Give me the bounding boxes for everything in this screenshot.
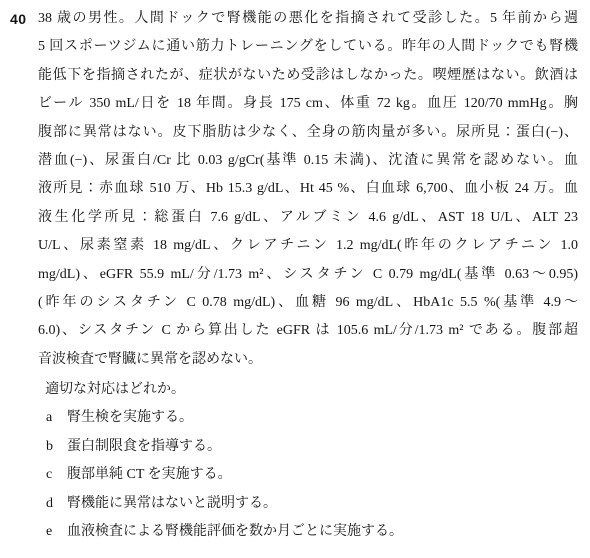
stem-line: 6.0)、シスタチン C から算出した eGFR は 105.6 mL/分/1.… xyxy=(38,317,578,345)
stem-line: 潜血(−)、尿蛋白/Cr 比 0.03 g/gCr(基準 0.15 未満)、沈渣… xyxy=(38,147,578,175)
question-number: 40 xyxy=(10,5,36,33)
option-e: e 血液検査による腎機能評価を数か月ごとに実施する。 xyxy=(38,518,578,546)
option-b: b 蛋白制限食を指導する。 xyxy=(38,433,578,461)
stem-line: mg/dL)、eGFR 55.9 mL/分/1.73 m²、シスタチン C 0.… xyxy=(38,261,578,289)
option-letter: d xyxy=(46,490,67,518)
stem-line: 能低下を指摘されたが、症状がないため受診はしなかった。喫煙歴はない。飲酒は xyxy=(38,62,578,90)
option-letter: b xyxy=(46,433,67,461)
option-letter: e xyxy=(46,518,67,546)
exam-page: 40 38 歳の男性。人間ドックで腎機能の悪化を指摘されて受診した。5 年前から… xyxy=(0,0,590,558)
option-letter: a xyxy=(46,404,67,432)
stem-line: U/L、尿素窒素 18 mg/dL、クレアチニン 1.2 mg/dL(昨年のクレ… xyxy=(38,232,578,260)
option-c: c 腹部単純 CT を実施する。 xyxy=(38,461,578,489)
option-d: d 腎機能に異常はないと説明する。 xyxy=(38,490,578,518)
option-text: 腎機能に異常はないと説明する。 xyxy=(67,490,578,518)
question-stem: 38 歳の男性。人間ドックで腎機能の悪化を指摘されて受診した。5 年前から週 5… xyxy=(38,5,578,374)
stem-line: (昨年のシスタチン C 0.78 mg/dL)、血糖 96 mg/dL、HbA1… xyxy=(38,289,578,317)
option-text: 腹部単純 CT を実施する。 xyxy=(67,461,578,489)
stem-line: 38 歳の男性。人間ドックで腎機能の悪化を指摘されて受診した。5 年前から週 xyxy=(38,5,578,33)
question-prompt: 適切な対応はどれか。 xyxy=(45,376,578,404)
option-text: 血液検査による腎機能評価を数か月ごとに実施する。 xyxy=(67,518,578,546)
option-text: 腎生検を実施する。 xyxy=(67,404,578,432)
stem-line: 液所見：赤血球 510 万、Hb 15.3 g/dL、Ht 45 %、白血球 6… xyxy=(38,175,578,203)
options-list: a 腎生検を実施する。 b 蛋白制限食を指導する。 c 腹部単純 CT を実施す… xyxy=(38,404,578,546)
stem-line: 音波検査で腎臓に異常を認めない。 xyxy=(38,346,578,374)
option-a: a 腎生検を実施する。 xyxy=(38,404,578,432)
stem-line: 腹部に異常はない。皮下脂肪は少なく、全身の筋肉量が多い。尿所見：蛋白(−)、 xyxy=(38,119,578,147)
option-text: 蛋白制限食を指導する。 xyxy=(67,433,578,461)
option-letter: c xyxy=(46,461,67,489)
stem-line: ビール 350 mL/日を 18 年間。身長 175 cm、体重 72 kg。血… xyxy=(38,90,578,118)
stem-line: 5 回スポーツジムに通い筋力トレーニングをしている。昨年の人間ドックでも腎機 xyxy=(38,33,578,61)
stem-line: 液生化学所見：総蛋白 7.6 g/dL、アルブミン 4.6 g/dL、AST 1… xyxy=(38,204,578,232)
